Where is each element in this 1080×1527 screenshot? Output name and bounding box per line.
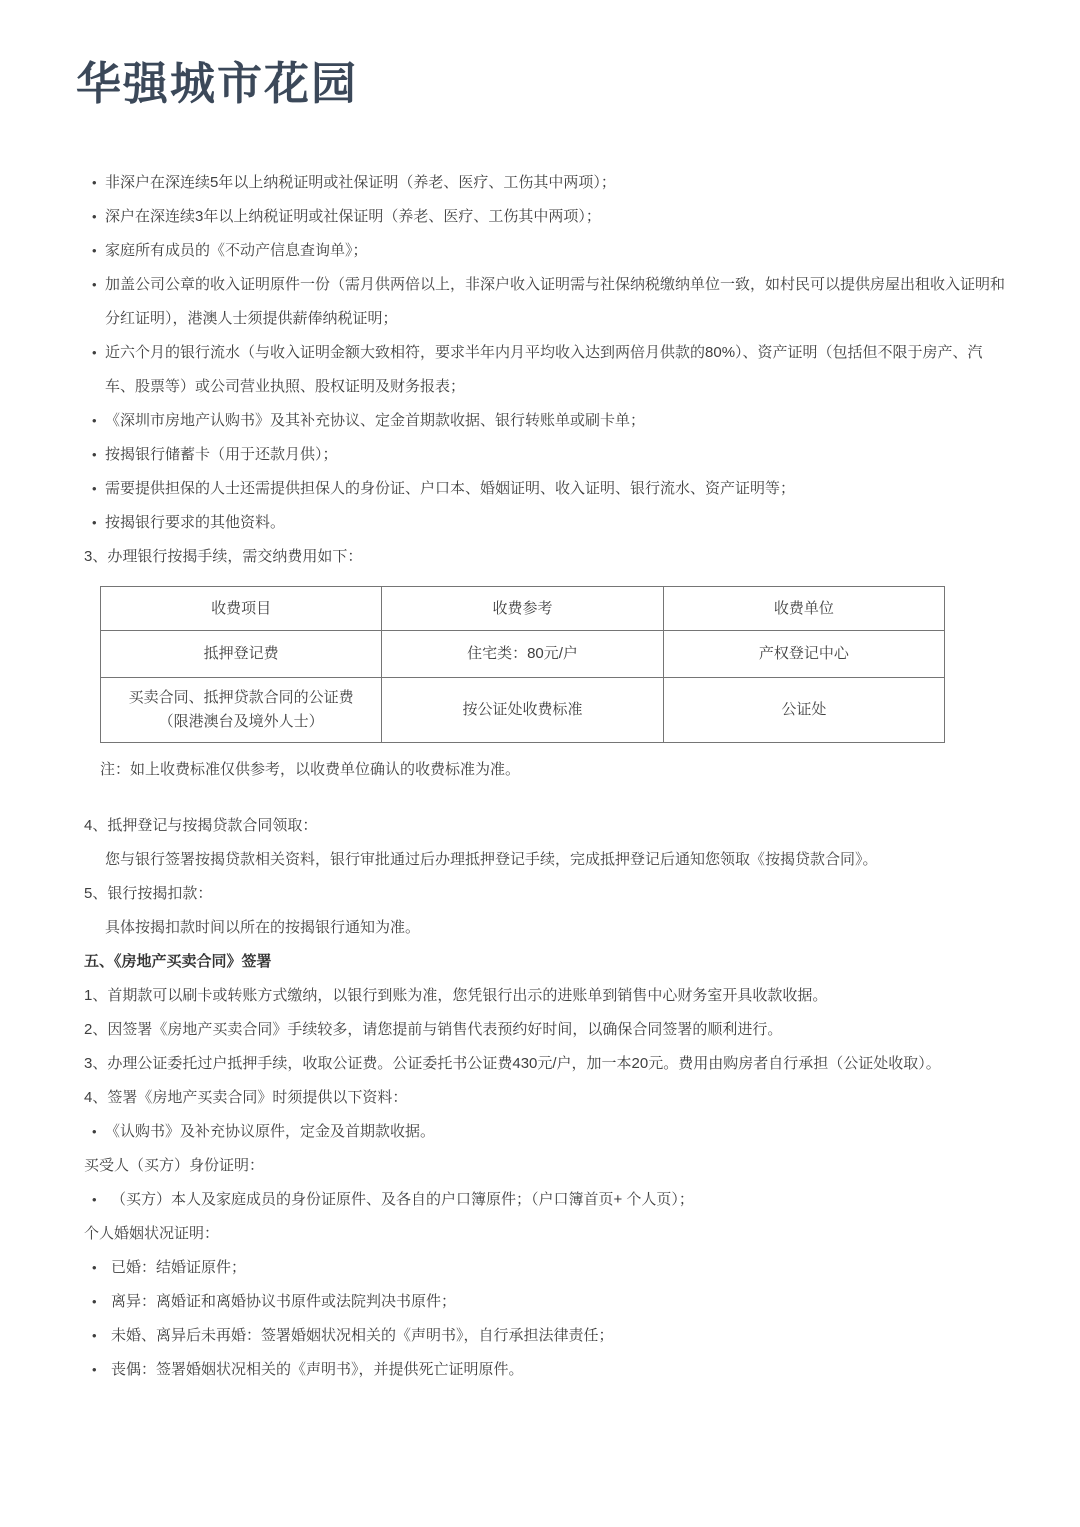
bullet-icon: •	[92, 1115, 105, 1149]
bullet-icon: •	[92, 1353, 111, 1387]
list-item: • 已婚：结婚证原件；	[92, 1251, 1008, 1285]
list-item-text: 深户在深连续3年以上纳税证明或社保证明（养老、医疗、工伤其中两项）；	[105, 200, 1008, 234]
section4-title: 4、抵押登记与按揭贷款合同领取：	[84, 809, 1008, 843]
fee-table-row: 抵押登记费 住宅类：80元/户 产权登记中心	[101, 631, 945, 678]
bullet-icon: •	[92, 1285, 111, 1319]
list-item: • 加盖公司公章的收入证明原件一份（需月供两倍以上，非深户收入证明需与社保纳税缴…	[92, 268, 1008, 336]
document-content: • 非深户在深连续5年以上纳税证明或社保证明（养老、医疗、工伤其中两项）； • …	[84, 166, 1008, 1387]
fee-table-cell: 买卖合同、抵押贷款合同的公证费 （限港澳台及境外人士）	[101, 678, 382, 743]
fee-table-header-item: 收费项目	[101, 587, 382, 631]
list-item: • 需要提供担保的人士还需提供担保人的身份证、户口本、婚姻证明、收入证明、银行流…	[92, 472, 1008, 506]
list-item-text: 家庭所有成员的《不动产信息查询单》；	[105, 234, 1008, 268]
list-item-text: 未婚、离异后未再婚：签署婚姻状况相关的《声明书》，自行承担法律责任；	[111, 1319, 1008, 1353]
section5-title: 5、银行按揭扣款：	[84, 877, 1008, 911]
bullet-icon: •	[92, 166, 105, 200]
fee-table-header-unit: 收费单位	[663, 587, 944, 631]
list-item: • 《认购书》及补充协议原件，定金及首期款收据。	[92, 1115, 1008, 1149]
document-page: 华强城市花园 • 非深户在深连续5年以上纳税证明或社保证明（养老、医疗、工伤其中…	[0, 0, 1080, 1527]
list-item-text: 需要提供担保的人士还需提供担保人的身份证、户口本、婚姻证明、收入证明、银行流水、…	[105, 472, 1008, 506]
fee-table-cell: 产权登记中心	[663, 631, 944, 678]
fee-table-cell: 抵押登记费	[101, 631, 382, 678]
list-item-text: 近六个月的银行流水（与收入证明金额大致相符，要求半年内月平均收入达到两倍月供款的…	[105, 336, 1008, 404]
section4-body: 您与银行签署按揭贷款相关资料，银行审批通过后办理抵押登记手续，完成抵押登记后通知…	[105, 843, 1008, 877]
list-item-text: 《深圳市房地产认购书》及其补充协议、定金首期款收据、银行转账单或刷卡单；	[105, 404, 1008, 438]
bullet-icon: •	[92, 404, 105, 438]
fee-table-header-row: 收费项目 收费参考 收费单位	[101, 587, 945, 631]
list-item-text: 按揭银行储蓄卡（用于还款月供）；	[105, 438, 1008, 472]
list-item-text: 《认购书》及补充协议原件，定金及首期款收据。	[105, 1115, 1008, 1149]
list-item: • 近六个月的银行流水（与收入证明金额大致相符，要求半年内月平均收入达到两倍月供…	[92, 336, 1008, 404]
bullet-icon: •	[92, 234, 105, 268]
section3-intro: 3、办理银行按揭手续，需交纳费用如下：	[84, 540, 1008, 574]
bullet-icon: •	[92, 472, 105, 506]
list-item: • 离异：离婚证和离婚协议书原件或法院判决书原件；	[92, 1285, 1008, 1319]
fee-table-cell-line: （限港澳台及境外人士）	[109, 710, 373, 734]
bullet-icon: •	[92, 200, 105, 234]
chapter5-item-2: 2、因签署《房地产买卖合同》手续较多，请您提前与销售代表预约好时间，以确保合同签…	[84, 1013, 1008, 1047]
list-item: • 非深户在深连续5年以上纳税证明或社保证明（养老、医疗、工伤其中两项）；	[92, 166, 1008, 200]
bullet-icon: •	[92, 506, 105, 540]
list-item: • 未婚、离异后未再婚：签署婚姻状况相关的《声明书》，自行承担法律责任；	[92, 1319, 1008, 1353]
mortgage-docs-list: • 非深户在深连续5年以上纳税证明或社保证明（养老、医疗、工伤其中两项）； • …	[84, 166, 1008, 540]
list-item: • 《深圳市房地产认购书》及其补充协议、定金首期款收据、银行转账单或刷卡单；	[92, 404, 1008, 438]
fee-table-cell: 按公证处收费标准	[382, 678, 663, 743]
list-item: • 丧偶：签署婚姻状况相关的《声明书》，并提供死亡证明原件。	[92, 1353, 1008, 1387]
chapter5-item-1: 1、首期款可以刷卡或转账方式缴纳，以银行到账为准，您凭银行出示的进账单到销售中心…	[84, 979, 1008, 1013]
list-item: • 按揭银行要求的其他资料。	[92, 506, 1008, 540]
marriage-heading: 个人婚姻状况证明：	[84, 1217, 1008, 1251]
list-item: • （买方）本人及家庭成员的身份证原件、及各自的户口簿原件；（户口簿首页+ 个人…	[92, 1183, 1008, 1217]
section5-body: 具体按揭扣款时间以所在的按揭银行通知为准。	[105, 911, 1008, 945]
chapter5-item-3: 3、办理公证委托过户抵押手续，收取公证费。公证委托书公证费430元/户，加一本2…	[84, 1047, 1008, 1081]
list-item-text: 加盖公司公章的收入证明原件一份（需月供两倍以上，非深户收入证明需与社保纳税缴纳单…	[105, 268, 1008, 336]
chapter5-heading: 五、《房地产买卖合同》签署	[84, 945, 1008, 979]
list-item-text: 已婚：结婚证原件；	[111, 1251, 1008, 1285]
list-item-text: （买方）本人及家庭成员的身份证原件、及各自的户口簿原件；（户口簿首页+ 个人页）…	[111, 1183, 1008, 1217]
list-item: • 深户在深连续3年以上纳税证明或社保证明（养老、医疗、工伤其中两项）；	[92, 200, 1008, 234]
bullet-icon: •	[92, 1183, 111, 1217]
bullet-icon: •	[92, 1319, 111, 1353]
list-item-text: 离异：离婚证和离婚协议书原件或法院判决书原件；	[111, 1285, 1008, 1319]
chapter5-item-4: 4、签署《房地产买卖合同》时须提供以下资料：	[84, 1081, 1008, 1115]
fee-table-header-reference: 收费参考	[382, 587, 663, 631]
fee-table-row: 买卖合同、抵押贷款合同的公证费 （限港澳台及境外人士） 按公证处收费标准 公证处	[101, 678, 945, 743]
bullet-icon: •	[92, 268, 105, 336]
bullet-icon: •	[92, 336, 105, 404]
list-item: • 按揭银行储蓄卡（用于还款月供）；	[92, 438, 1008, 472]
list-item-text: 丧偶：签署婚姻状况相关的《声明书》，并提供死亡证明原件。	[111, 1353, 1008, 1387]
list-item: • 家庭所有成员的《不动产信息查询单》；	[92, 234, 1008, 268]
list-item-text: 非深户在深连续5年以上纳税证明或社保证明（养老、医疗、工伤其中两项）；	[105, 166, 1008, 200]
fee-table: 收费项目 收费参考 收费单位 抵押登记费 住宅类：80元/户 产权登记中心 买卖…	[100, 586, 945, 743]
fee-table-cell-line: 买卖合同、抵押贷款合同的公证费	[109, 686, 373, 710]
bullet-icon: •	[92, 1251, 111, 1285]
buyer-id-heading: 买受人（买方）身份证明：	[84, 1149, 1008, 1183]
fee-table-cell: 住宅类：80元/户	[382, 631, 663, 678]
brand-logo: 华强城市花园	[76, 56, 1080, 112]
marriage-status-list: • 已婚：结婚证原件； • 离异：离婚证和离婚协议书原件或法院判决书原件； • …	[84, 1251, 1008, 1387]
fee-table-note: 注：如上收费标准仅供参考，以收费单位确认的收费标准为准。	[100, 753, 1008, 787]
list-item-text: 按揭银行要求的其他资料。	[105, 506, 1008, 540]
fee-table-cell: 公证处	[663, 678, 944, 743]
bullet-icon: •	[92, 438, 105, 472]
